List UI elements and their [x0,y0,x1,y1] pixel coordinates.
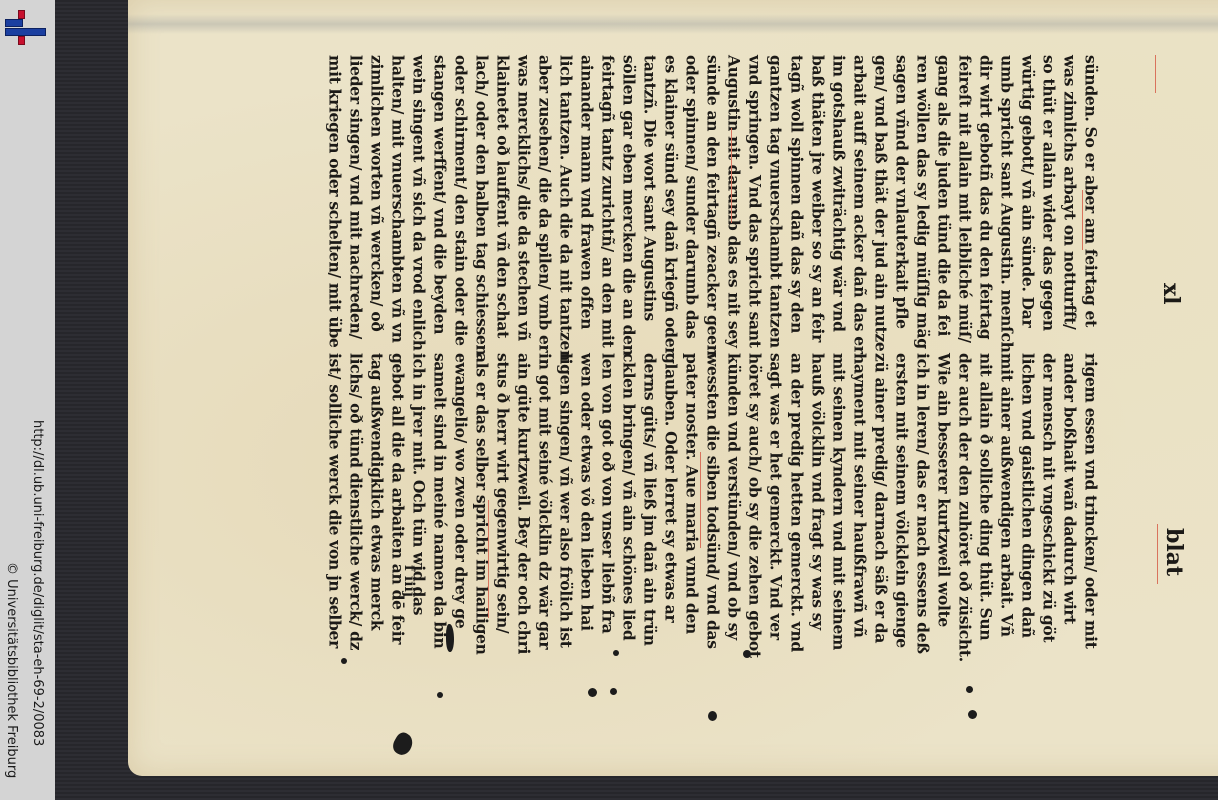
text-line: cklen bringen/ vñ ain schönes lied [621,353,637,640]
ink-spot [613,650,619,656]
text-line: sünden. So er aber am feirtag et [1083,55,1099,327]
text-line: halten/ mit vnuerschambten vñ vn [390,55,406,343]
ink-spot [743,650,751,658]
text-line: zimlichen worten vñ wercken/ oð [369,55,385,331]
text-line: an der predig hetten gemerckt. vnd [789,353,805,652]
rubric-line [1155,55,1156,93]
running-head-blat: blat [1161,528,1187,576]
text-line: lieder singen/ vnd mit nachreden/ [348,55,364,339]
text-line: ligen singen/ vñ wer also frölich ist [558,353,574,648]
text-line: nit allain ð solliche ding thüt. Sun [978,353,994,640]
text-line: oder schirment/ den stain oder die [453,55,469,346]
text-line: vnd springen. Vnd das spricht sant [747,55,763,348]
text-line: ist/ solliche werck die von jn selber [327,353,343,648]
text-line: ander boßhait wañ dadurch wirt [1062,353,1078,624]
text-column-1: sünden. So er aber am feirtag etwas ziml… [325,55,1102,347]
text-line: würtig gebott/ vñ ain sünde. Dar [1020,55,1036,327]
text-line: tagñ woll spinnen dañ das sy den [789,55,805,333]
text-line: mit kriegen oder schelten/ mit übe [327,55,343,348]
text-line: lach/ oder den balben tag schiessen [474,55,490,356]
text-line: baß thäten jre weiber so sy an feir [810,55,826,342]
book-binding-background: xl blat sünden. So er aber am feirtag et… [55,0,1218,800]
ink-spot [588,688,597,697]
text-line: so thüt er allain wider das gegen [1041,55,1057,331]
text-line: im gotshauß zwiträchtig wär vnd [831,55,847,332]
text-line: in got mit seiné völcklin dz wär gar [537,353,553,649]
text-line: es klainer sünd sey dañ kriegñ oder [663,55,679,355]
text-line: wen oder etwas võ den lieben hai [579,353,595,631]
signature-mark: f iiij [401,565,417,597]
ink-spot [341,658,347,664]
text-line: feirtagñ tantz zurichtñ/ an den mit [600,55,616,347]
text-line: mit seinen kyndern vnd mit seinem [831,353,847,650]
text-line: glauben. Oder lerret sy etwas ar [663,353,679,622]
text-line: Wie ain besserer kurtzweil wolte [936,353,952,627]
text-line: oder spinnen/ sunder darumb das [684,55,700,339]
rubric-line [731,128,732,223]
uni-freiburg-logo-icon[interactable] [4,8,46,50]
text-column-2: rigem essen vnd trincken/ oder mitander … [325,353,1102,651]
text-line: aber zusehen/ die da spilen/ vmb er [537,55,553,352]
ink-blot [446,624,454,652]
text-line: zü ainer predig/ darnach säß er da [873,353,889,643]
text-line: klainetet oð lauffent vñ den schat [495,55,511,338]
text-line: gebot all die da arbaiten an dē feir [390,353,406,644]
viewer-sidebar: http://dl.ub.uni-freiburg.de/diglit/sta-… [0,0,55,800]
text-line: ain güte kurtzweil. Bey der och chri [516,353,532,654]
text-line: hayment mit seiner haußfrawñ vñ [852,353,868,638]
text-line: stus ð herr wirt gegenwirtig sein/ [495,353,511,633]
text-line: lichs/ oð tünd dienstliche werck/ dz [348,353,364,650]
text-line: gen/ vnd baß thät der jud ain nutze [873,55,889,351]
text-line: stangen werffent/ vnd die beyden [432,55,448,334]
text-line: sagt was er het gemerckt. Vnd ver [768,353,784,640]
rubric-line [1082,190,1083,250]
text-line: lich tantzen. Auch die da nit tantzen [558,55,574,361]
text-line: umb spricht sant Augustin. menſch [999,55,1015,353]
text-line: gang als die juden tünd die da fei [936,55,952,336]
text-line: was mercklichs/ die da stechen vñ [516,55,532,341]
text-line: tag außwendigklich etwas merck [369,353,385,630]
text-line: derns güts/ vñ ließ jm dañ ain trün [642,353,658,646]
text-line: Augustin nit darumb das es nit sey [726,55,742,348]
text-line: wessten die siben todsünd/ vnd das [705,353,721,649]
text-line: was zimlichs arbayt on notturfft/ [1062,55,1078,329]
ink-spot [966,686,973,693]
text-line: lichen vnd gaistlichen dingen dañ [1020,353,1036,638]
scanned-page: xl blat sünden. So er aber am feirtag et… [128,0,1218,776]
rubric-line [700,452,701,548]
page-fold-shadow [128,14,1218,34]
text-line: hauß völcklin vnd fragt sy was sy [810,353,826,630]
text-line: höret sy auch/ ob sy die zehen gebot [747,353,763,658]
text-line: sünde an den feirtagñ zeacker geen [705,55,721,356]
ink-spot [968,710,977,719]
text-line: samelt sind in meiné namen da bin [432,353,448,648]
text-line: der mensch nit vngeschickt zü göt [1041,353,1057,642]
text-line: mit ainer außwendigen arbait. Vñ [999,353,1015,637]
copyright-notice: © Universitätsbibliothek Freiburg [4,562,19,778]
text-line: söllen gar eben mercken die an den [621,55,637,356]
text-line: feireſt nit allain mit leibliché müſ/ [957,55,973,343]
text-line: ainander mann vnd frawen offen [579,55,595,329]
text-line: künden vnd verstünden/ vnd ob sy [726,353,742,640]
text-line: ewangelio/ wo zwen oder drey ge [453,353,469,628]
text-line: ich in leren/ das er nach essens deß [915,353,931,654]
ink-blot [390,730,417,758]
ink-spot [708,711,717,721]
text-line: wein singent vñ sich da vrod enlich [411,55,427,351]
text-line: gantzen tag vnuerschambt tantzen [768,55,784,348]
text-line: rigem essen vnd trincken/ oder mit [1083,353,1099,649]
text-line: len von got oð von vnser liebñ fra [600,353,616,634]
ink-spot [610,688,617,695]
text-line: der auch der den zuhöret oð züsicht. [957,353,973,662]
folio-number: xl [1158,283,1184,304]
text-line: ersten mit seinem völcklein gienge [894,353,910,648]
text-line: sagen vñnd der vnlauterkait pfle [894,55,910,329]
text-line: arbait auff seinem acker dañ das er [852,55,868,354]
text-line: ren wöllen das sy ledig müſſig mäg [915,55,931,349]
rubric-line [488,500,489,618]
text-line: pater noster. Aue maria vnnd den [684,353,700,634]
text-line: dir wirt gebotñ das du den feirtag [978,55,994,339]
source-url-link[interactable]: http://dl.ub.uni-freiburg.de/diglit/sta-… [30,420,45,746]
ink-spot [437,692,443,698]
text-line: tantzñ. Die wort sant Augustins [642,55,658,321]
